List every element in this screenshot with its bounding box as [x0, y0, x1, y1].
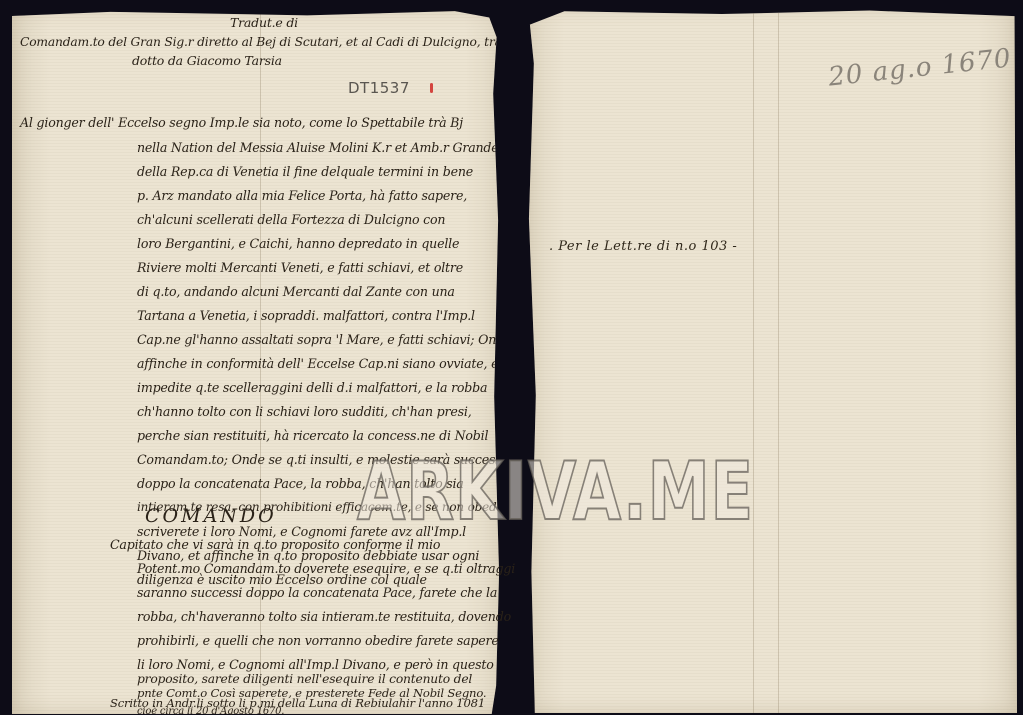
- heading-line-1: Tradut.e di: [230, 15, 298, 30]
- body-line-2: robba, ch'haveranno tolto sia intieram.t…: [137, 609, 511, 624]
- body-line-2: saranno successi doppo la concatenata Pa…: [137, 585, 497, 600]
- body-line: ch'alcuni scellerati della Fortezza di D…: [137, 212, 445, 227]
- body-line: impedite q.te scelleraggini delli d.i ma…: [137, 380, 487, 395]
- body-line: ch'hanno tolto con li schiavi loro suddi…: [137, 404, 472, 419]
- heading-line-2: Comandam.to del Gran Sig.r diretto al Be…: [20, 35, 512, 49]
- body-line: nella Nation del Messia Aluise Molini K.…: [137, 140, 499, 155]
- pencil-date-annotation: 20 ag.o 1670: [827, 43, 1013, 92]
- body-line-2: prohibirli, e quelli che non vorranno ob…: [137, 633, 499, 648]
- command-heading: COMANDO: [145, 505, 277, 527]
- body-line: Riviere molti Mercanti Veneti, e fatti s…: [137, 260, 463, 275]
- docket-note: . Per le Lett.re di n.o 103 -: [549, 239, 737, 254]
- body-line-2: Potent.mo Comandam.to doverete esequire,…: [137, 561, 515, 576]
- right-manuscript-page: 20 ag.o 1670 . Per le Lett.re di n.o 103…: [525, 7, 1017, 713]
- body-line-2: proposito, sarete diligenti nell'esequir…: [137, 672, 472, 686]
- body-line: affinche in conformità dell' Eccelse Cap…: [137, 356, 503, 371]
- closing-line: cioè circa li 20 d'Agosto 1670.: [137, 706, 284, 715]
- body-line-2: Capitato che vi sarà in q.to proposito c…: [110, 537, 440, 552]
- body-line: loro Bergantini, e Caichi, hanno depreda…: [137, 236, 459, 251]
- body-line: Cap.ne gl'hanno assaltati sopra 'l Mare,…: [137, 332, 511, 347]
- red-ink-mark: [430, 83, 433, 93]
- arkiva-watermark: ARKIVA.ME: [357, 452, 754, 532]
- body-line: p. Arz mandato alla mia Felice Porta, hà…: [137, 188, 467, 203]
- body-line-2: li loro Nomi, e Cognomi all'Imp.l Divano…: [137, 657, 494, 672]
- body-line: Tartana a Venetia, i sopraddi. malfattor…: [137, 308, 475, 323]
- page-fold-line: [778, 7, 779, 713]
- body-line: Al gionger dell' Eccelso segno Imp.le si…: [20, 115, 463, 130]
- body-line: perche sian restituiti, hà ricercato la …: [137, 428, 488, 443]
- body-line: della Rep.ca di Venetia il fine delquale…: [137, 164, 473, 179]
- body-line: di q.to, andando alcuni Mercanti dal Zan…: [137, 284, 455, 299]
- archive-reference-number: DT1537: [348, 79, 410, 97]
- page-fold-line: [753, 7, 754, 713]
- heading-line-3: dotto da Giacomo Tarsia: [132, 53, 282, 68]
